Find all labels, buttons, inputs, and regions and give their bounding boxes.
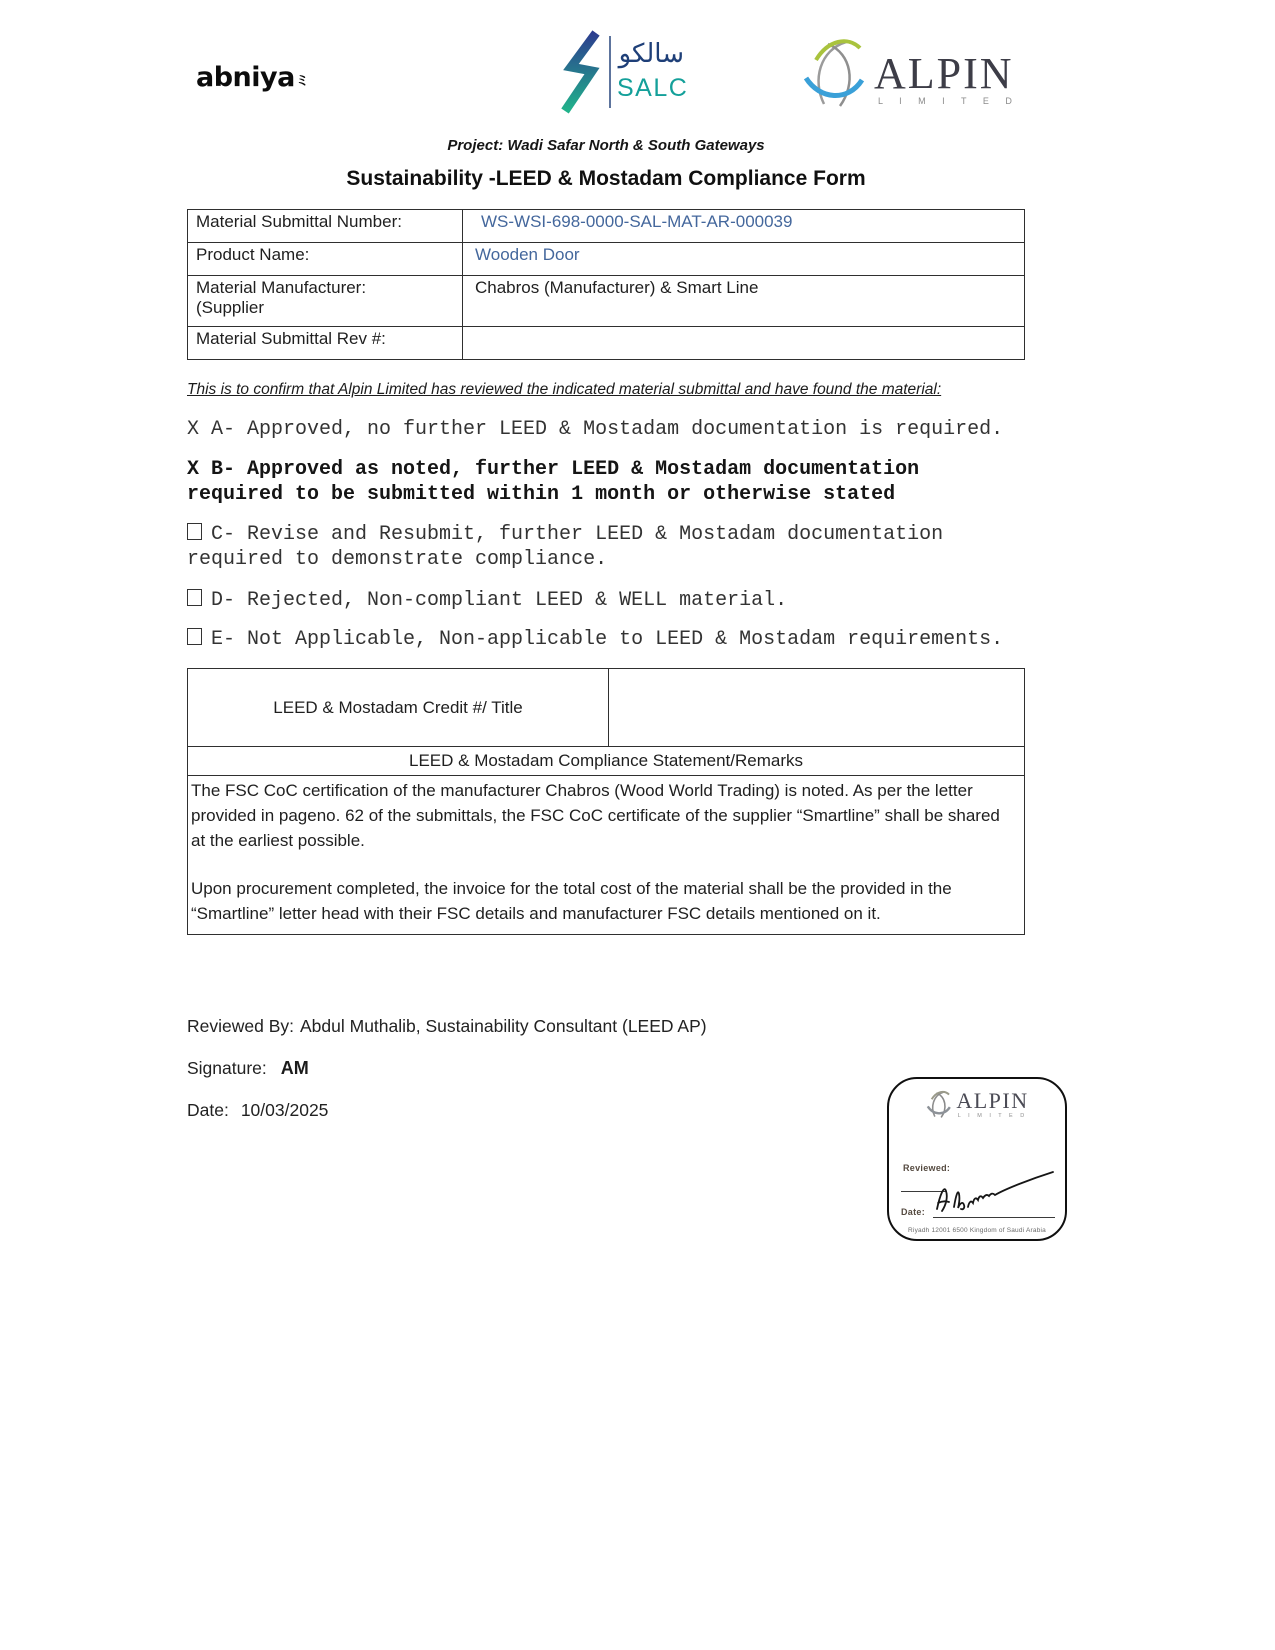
abniya-logo-mark-icon: ミ xyxy=(296,70,309,89)
alpin-sub-text: L I M I T E D xyxy=(878,96,1015,106)
stamp-alpin-logo: ALPIN L I M I T E D xyxy=(889,1089,1065,1119)
credit-title-value xyxy=(609,669,1025,747)
salco-arabic-text: سالكو xyxy=(617,39,684,69)
option-d-text: D- Rejected, Non-compliant LEED & WELL m… xyxy=(211,589,787,612)
salco-s-stroke xyxy=(565,33,596,111)
option-c: C- Revise and Resubmit, further LEED & M… xyxy=(187,522,943,572)
signature-line: Signature:AM xyxy=(187,1058,309,1079)
stamp-footer-text: Riyadh 12001 6500 Kingdom of Saudi Arabi… xyxy=(889,1227,1065,1234)
table-row: LEED & Mostadam Credit #/ Title xyxy=(188,669,1025,747)
date-value: 10/03/2025 xyxy=(241,1100,329,1120)
alpin-logo: ALPIN L I M I T E D xyxy=(800,34,1015,121)
alpin-blue-arc xyxy=(806,78,862,96)
date-line: Date:10/03/2025 xyxy=(187,1100,328,1121)
submittal-number-label: Material Submittal Number: xyxy=(188,210,463,243)
stamp-brand-sub-text: L I M I T E D xyxy=(958,1113,1027,1119)
manufacturer-label-line2: (Supplier xyxy=(196,298,264,317)
stamp-date-label: Date: xyxy=(901,1207,925,1217)
remarks-cell: The FSC CoC certification of the manufac… xyxy=(188,776,1025,935)
page-title: Sustainability -LEED & Mostadam Complian… xyxy=(187,167,1025,191)
salco-logo-icon: سالكو SALCO xyxy=(538,30,688,114)
table-row: Product Name: Wooden Door xyxy=(188,243,1025,276)
alpin-logo-icon: ALPIN L I M I T E D xyxy=(800,34,1015,116)
option-d: D- Rejected, Non-compliant LEED & WELL m… xyxy=(187,588,787,613)
option-c-text-line2: required to demonstrate compliance. xyxy=(187,548,607,571)
option-e-text: E- Not Applicable, Non-applicable to LEE… xyxy=(211,628,1003,651)
remarks-paragraph-2: Upon procurement completed, the invoice … xyxy=(191,876,1018,926)
credit-table: LEED & Mostadam Credit #/ Title LEED & M… xyxy=(187,668,1025,935)
option-b: X B- Approved as noted, further LEED & M… xyxy=(187,457,919,507)
checkbox-icon xyxy=(187,589,202,606)
manufacturer-label: Material Manufacturer: (Supplier xyxy=(188,276,463,327)
checkbox-icon xyxy=(187,523,202,540)
confirmation-line: This is to confirm that Alpin Limited ha… xyxy=(187,381,941,399)
salco-name-text: SALCO xyxy=(617,74,688,102)
reviewed-by-label: Reviewed By: xyxy=(187,1016,294,1036)
stamp-alpin-logo-icon xyxy=(925,1089,951,1119)
abniya-logo: abniyaミ xyxy=(196,62,308,93)
option-b-text-line2: required to be submitted within 1 month … xyxy=(187,483,895,506)
alpin-review-stamp: ALPIN L I M I T E D Reviewed: Date: Riya… xyxy=(887,1077,1067,1241)
product-name-label: Product Name: xyxy=(188,243,463,276)
option-b-text-line1: X B- Approved as noted, further LEED & M… xyxy=(187,458,919,481)
submittal-number-value: WS-WSI-698-0000-SAL-MAT-AR-000039 xyxy=(463,210,1025,243)
project-line: Project: Wadi Safar North & South Gatewa… xyxy=(187,137,1025,154)
statement-header: LEED & Mostadam Compliance Statement/Rem… xyxy=(188,747,1025,776)
table-row: Material Submittal Rev #: xyxy=(188,327,1025,360)
abniya-wordmark: abniya xyxy=(196,62,295,93)
credit-title-header: LEED & Mostadam Credit #/ Title xyxy=(188,669,609,747)
table-row: Material Manufacturer: (Supplier Chabros… xyxy=(188,276,1025,327)
checkbox-icon xyxy=(187,628,202,645)
table-row: The FSC CoC certification of the manufac… xyxy=(188,776,1025,935)
signature-value: AM xyxy=(281,1058,309,1078)
manufacturer-label-line1: Material Manufacturer: xyxy=(196,278,366,297)
table-row: Material Submittal Number: WS-WSI-698-00… xyxy=(188,210,1025,243)
reviewed-by-line: Reviewed By:Abdul Muthalib, Sustainabili… xyxy=(187,1016,707,1037)
manufacturer-value: Chabros (Manufacturer) & Smart Line xyxy=(463,276,1025,327)
option-e: E- Not Applicable, Non-applicable to LEE… xyxy=(187,627,1003,652)
alpin-name-text: ALPIN xyxy=(874,49,1014,98)
stamp-date-blank-line xyxy=(933,1217,1055,1218)
stamp-brand-text: ALPIN xyxy=(956,1089,1028,1113)
rev-number-value xyxy=(463,327,1025,360)
signature-scribble-icon xyxy=(931,1165,1057,1213)
option-a: X A- Approved, no further LEED & Mostada… xyxy=(187,417,1003,442)
product-name-value: Wooden Door xyxy=(463,243,1025,276)
stamp-signature-scribble xyxy=(931,1165,1057,1218)
compliance-form-page: abniyaミ سالكو SALCO ALPIN L I M I T E D … xyxy=(0,0,1275,1650)
table-row: LEED & Mostadam Compliance Statement/Rem… xyxy=(188,747,1025,776)
remarks-paragraph-1: The FSC CoC certification of the manufac… xyxy=(191,778,1018,853)
option-c-text-line1: C- Revise and Resubmit, further LEED & M… xyxy=(211,523,943,546)
submittal-table: Material Submittal Number: WS-WSI-698-00… xyxy=(187,209,1025,360)
stamp-brand-block: ALPIN L I M I T E D xyxy=(956,1089,1028,1119)
date-label: Date: xyxy=(187,1100,229,1120)
option-a-text: X A- Approved, no further LEED & Mostada… xyxy=(187,418,1003,441)
reviewed-by-value: Abdul Muthalib, Sustainability Consultan… xyxy=(300,1016,707,1036)
salco-logo: سالكو SALCO xyxy=(538,30,688,119)
signature-label: Signature: xyxy=(187,1058,267,1078)
rev-number-label: Material Submittal Rev #: xyxy=(188,327,463,360)
